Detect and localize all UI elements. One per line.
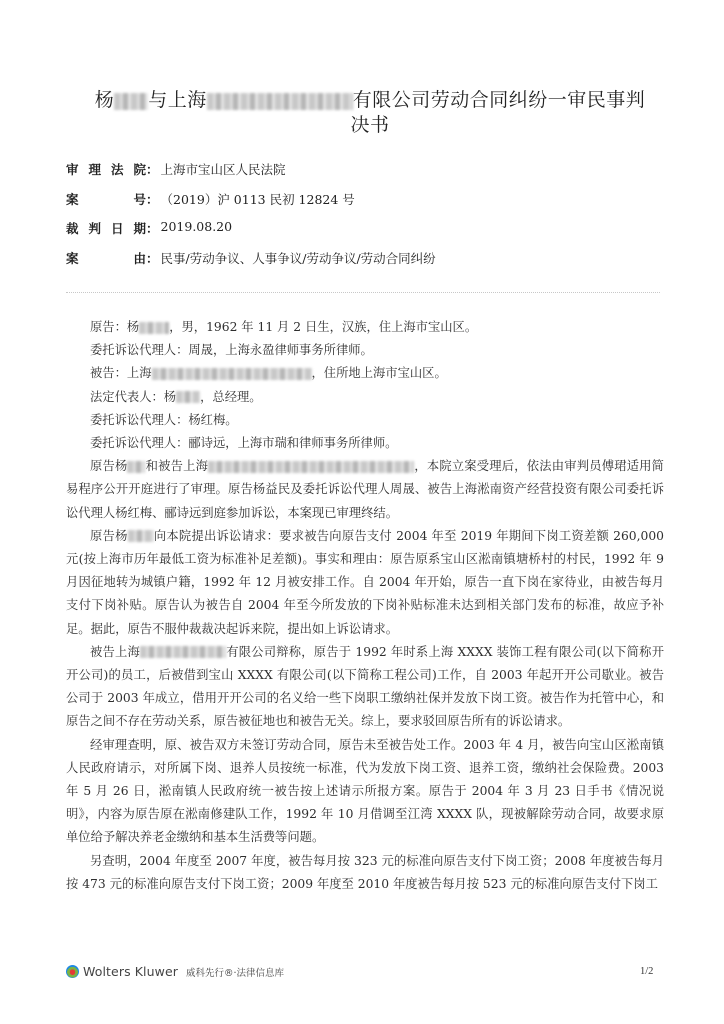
title-text: 与上海 [148,89,207,111]
label-char: 院 [133,160,146,178]
meta-value-court: 上海市宝山区人民法院 [161,160,286,178]
meta-colon: ： [146,219,159,237]
label-char: 审 [66,160,79,178]
meta-colon: ： [146,190,159,208]
brand-name-cn: 威科先行®·法律信息库 [186,965,284,979]
label-char: 法 [111,160,124,178]
redacted-company [140,646,226,658]
title-text-line2: 决书 [350,114,389,136]
redacted-name [128,530,154,542]
redacted-name [114,93,148,110]
redacted-company [207,93,353,110]
text: ，住所地上海市宝山区。 [312,366,447,380]
defendant-agent-line-1: 委托诉讼代理人：杨红梅。 [66,409,664,432]
meta-label: 案 号 [66,190,146,208]
text: 被告上海 [90,645,140,659]
label-char: 案 [66,190,79,208]
label-char: 裁 [66,219,79,237]
paragraph-procedure: 原告杨和被告上海，本院立案受理后，依法由审判员傅珺适用简易程序公开开庭进行了审理… [66,455,664,525]
footer-brand: Wolters Kluwer 威科先行®·法律信息库 [66,964,284,979]
meta-row-case-number: 案 号 ： （2019）沪 0113 民初 12824 号 [66,190,436,220]
meta-label: 案 由 [66,249,146,267]
brand-name: Wolters Kluwer [83,964,178,979]
meta-row-date: 裁 判 日 期 ： 2019.08.20 [66,219,436,249]
meta-value-date: 2019.08.20 [161,219,233,234]
text: 原告：杨 [90,320,139,334]
label-char: 日 [111,219,124,237]
paragraph-findings: 经审理查明，原、被告双方未签订劳动合同，原告未至被告处工作。2003 年 4 月… [66,734,664,850]
label-char: 理 [88,160,101,178]
text: 和被告上海 [145,459,208,473]
plaintiff-agent-line: 委托诉讼代理人：周晟，上海永盈律师事务所律师。 [66,339,664,362]
meta-value-cause: 民事/劳动争议、人事争议/劳动争议/劳动合同纠纷 [161,249,436,267]
meta-colon: ： [146,249,159,267]
meta-value-case-number: （2019）沪 0113 民初 12824 号 [161,190,355,208]
paragraph-further-findings: 另查明，2004 年度至 2007 年度，被告每月按 323 元的标准向原告支付… [66,850,664,896]
label-char: 案 [66,249,79,267]
text: 向本院提出诉讼请求：要求被告向原告支付 2004 年至 2019 年期间下岗工资… [66,529,664,636]
label-char: 由 [133,249,146,267]
meta-colon: ： [146,160,159,178]
meta-row-court: 审 理 法 院 ： 上海市宝山区人民法院 [66,160,436,190]
wolters-kluwer-logo-icon [66,965,79,978]
title-text: 杨 [95,89,115,111]
judgment-body: 原告：杨，男，1962 年 11 月 2 日生，汉族，住上海市宝山区。 委托诉讼… [66,316,664,896]
title-text: 有限公司劳动合同纠纷一审民事判 [353,89,646,111]
plaintiff-line: 原告：杨，男，1962 年 11 月 2 日生，汉族，住上海市宝山区。 [66,316,664,339]
defendant-line: 被告：上海，住所地上海市宝山区。 [66,362,664,385]
legal-rep-line: 法定代表人：杨，总经理。 [66,386,664,409]
redacted-name [176,391,200,403]
meta-label: 裁 判 日 期 [66,219,146,237]
redacted-company [208,461,414,473]
case-metadata: 审 理 法 院 ： 上海市宝山区人民法院 案 号 ： （2019）沪 0113 … [66,160,436,278]
defendant-agent-line-2: 委托诉讼代理人：郦诗远，上海市瑞和律师事务所律师。 [66,432,664,455]
paragraph-defense: 被告上海有限公司辩称，原告于 1992 年时系上海 XXXX 装饰工程有限公司(… [66,641,664,734]
document-title: 杨与上海有限公司劳动合同纠纷一审民事判 决书 [60,88,680,138]
redacted-company [152,368,312,380]
page-number: 1/2 [640,966,653,977]
text: 原告杨 [90,529,128,543]
redacted-name [127,461,145,473]
text: 法定代表人：杨 [90,390,176,404]
meta-row-cause: 案 由 ： 民事/劳动争议、人事争议/劳动争议/劳动合同纠纷 [66,249,436,279]
text: ，总经理。 [200,390,262,404]
paragraph-claims: 原告杨向本院提出诉讼请求：要求被告向原告支付 2004 年至 2019 年期间下… [66,525,664,641]
text: 被告：上海 [90,366,152,380]
label-char: 判 [88,219,101,237]
text: 原告杨 [90,459,127,473]
label-char: 期 [133,219,146,237]
text: ，男，1962 年 11 月 2 日生，汉族，住上海市宝山区。 [169,320,477,334]
dotted-divider [66,292,660,293]
label-char: 号 [133,190,146,208]
redacted-name [139,322,169,334]
meta-label: 审 理 法 院 [66,160,146,178]
